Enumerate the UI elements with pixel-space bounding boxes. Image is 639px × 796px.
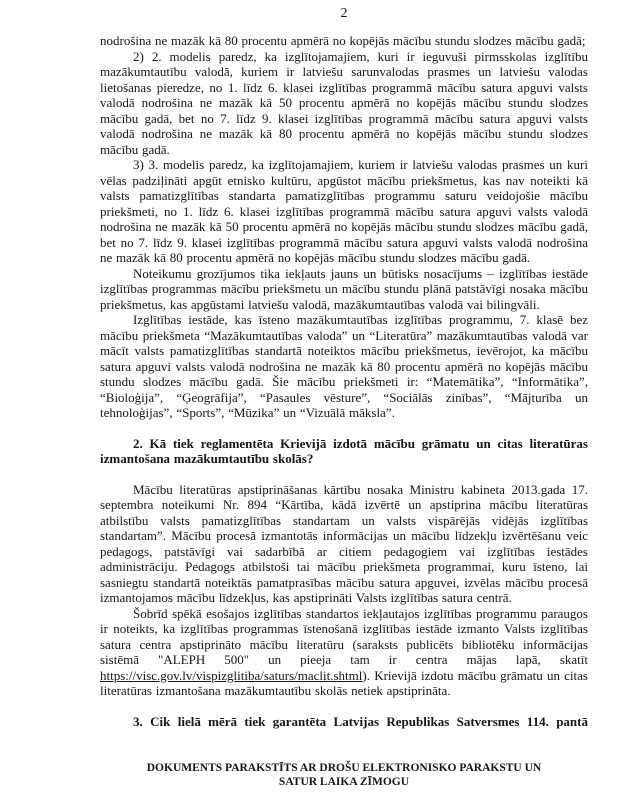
page-content: 2 nodrošina ne mazāk kā 80 procentu apmē…	[100, 6, 588, 729]
paragraph-literature-approval: Mācību literatūras apstiprināšanas kārtī…	[100, 482, 588, 606]
signature-footer-line-2: SATUR LAIKA ZĪMOGU	[100, 775, 588, 789]
signature-footer-line-1: DOKUMENTS PARAKSTĪTS AR DROŠU ELEKTRONIS…	[100, 761, 588, 775]
paragraph-new-condition: Noteikumu grozījumos tika iekļauts jauns…	[100, 266, 588, 313]
paragraph-grade7-subjects: Izglītības iestāde, kas īsteno mazākumta…	[100, 312, 588, 421]
paragraph-current-standards-pre: Šobrīd spēkā esošajos izglītības standar…	[100, 606, 588, 668]
paragraph-model-2: 2) 2. modelis paredz, ka izglītojamajiem…	[100, 49, 588, 158]
paragraph-current-standards: Šobrīd spēkā esošajos izglītības standar…	[100, 606, 588, 699]
maclit-link[interactable]: https://visc.gov.lv/vispizglitiba/saturs…	[100, 668, 362, 683]
document-page: 2 nodrošina ne mazāk kā 80 procentu apmē…	[0, 0, 639, 796]
section-heading-question-2: 2. Kā tiek reglamentēta Krievijā izdotā …	[100, 436, 588, 467]
signature-footer: DOKUMENTS PARAKSTĪTS AR DROŠU ELEKTRONIS…	[100, 761, 588, 789]
page-number: 2	[100, 6, 588, 22]
paragraph-model-3: 3) 3. modelis paredz, ka izglītojamajiem…	[100, 157, 588, 266]
paragraph-model1-continuation: nodrošina ne mazāk kā 80 procentu apmērā…	[100, 33, 588, 49]
section-heading-question-3: 3. Cik lielā mērā tiek garantēta Latvija…	[100, 714, 588, 730]
